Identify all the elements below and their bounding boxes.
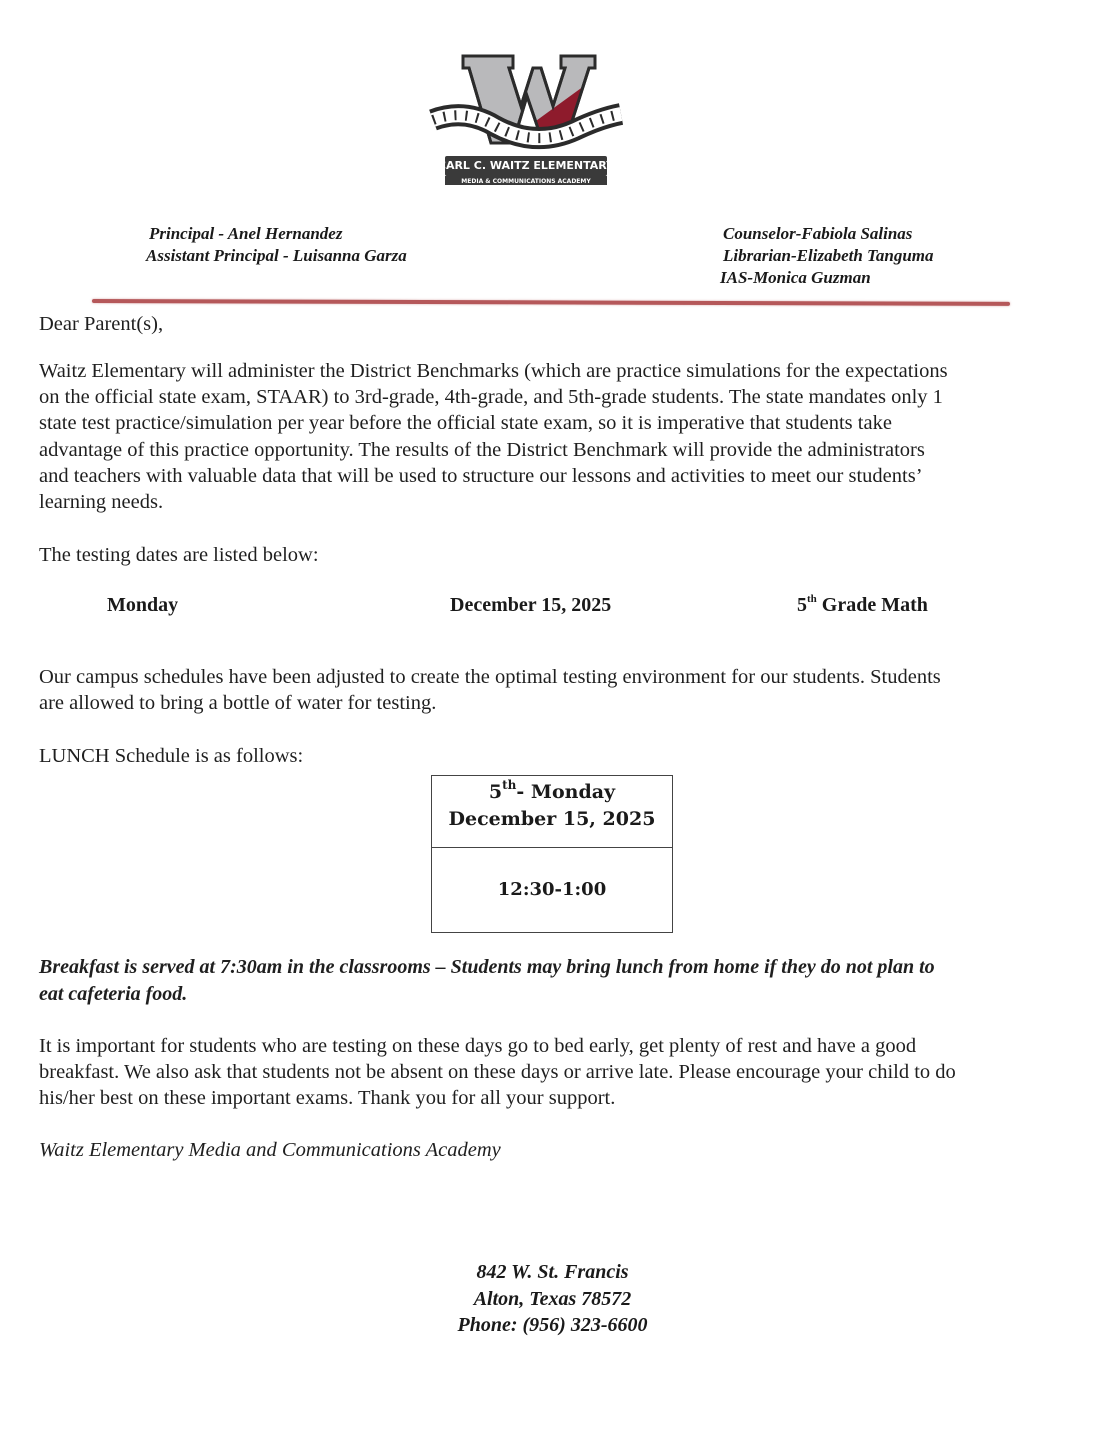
school-address: 842 W. St. Francis Alton, Texas 78572 Ph… xyxy=(0,1259,1105,1339)
assistant-principal-name: Assistant Principal - Luisanna Garza xyxy=(146,245,407,267)
schedule-paragraph: Our campus schedules have been adjusted … xyxy=(39,664,1079,716)
lunch-schedule-table: 5th- Monday December 15, 2025 12:30-1:00 xyxy=(431,775,673,933)
intro-paragraph: Waitz Elementary will administer the Dis… xyxy=(39,358,1079,515)
school-w-logo-icon: CARL C. WAITZ ELEMENTARY MEDIA & COMMUNI… xyxy=(425,48,630,190)
counselor-name: Counselor-Fabiola Salinas xyxy=(720,223,934,245)
testing-subject: 5th Grade Math xyxy=(797,594,928,617)
phone-number: Phone: (956) 323-6600 xyxy=(0,1312,1105,1339)
closing-paragraph: It is important for students who are tes… xyxy=(39,1033,1079,1112)
principal-name: Principal - Anel Hernandez xyxy=(146,223,407,245)
svg-text:MEDIA & COMMUNICATIONS ACADEMY: MEDIA & COMMUNICATIONS ACADEMY xyxy=(461,178,591,185)
testing-dates-intro: The testing dates are listed below: xyxy=(39,542,1079,568)
testing-date: December 15, 2025 xyxy=(450,594,611,617)
signature: Waitz Elementary Media and Communication… xyxy=(39,1137,1079,1163)
header-divider xyxy=(92,299,1010,306)
salutation: Dear Parent(s), xyxy=(39,311,1079,337)
lunch-schedule-intro: LUNCH Schedule is as follows: xyxy=(39,743,1079,769)
support-staff-list: Counselor-Fabiola Salinas Librarian-Eliz… xyxy=(720,223,934,289)
administration-list: Principal - Anel Hernandez Assistant Pri… xyxy=(146,223,407,267)
svg-text:CARL C. WAITZ ELEMENTARY: CARL C. WAITZ ELEMENTARY xyxy=(438,159,615,172)
librarian-name: Librarian-Elizabeth Tanguma xyxy=(720,245,934,267)
breakfast-notice: Breakfast is served at 7:30am in the cla… xyxy=(39,954,1084,1007)
testing-day: Monday xyxy=(107,594,178,617)
city-state-zip: Alton, Texas 78572 xyxy=(0,1286,1105,1313)
lunch-table-header: 5th- Monday December 15, 2025 xyxy=(432,776,672,848)
school-logo: CARL C. WAITZ ELEMENTARY MEDIA & COMMUNI… xyxy=(425,48,630,190)
ias-name: IAS-Monica Guzman xyxy=(720,267,934,289)
lunch-time: 12:30-1:00 xyxy=(432,848,672,932)
street-address: 842 W. St. Francis xyxy=(0,1259,1105,1286)
